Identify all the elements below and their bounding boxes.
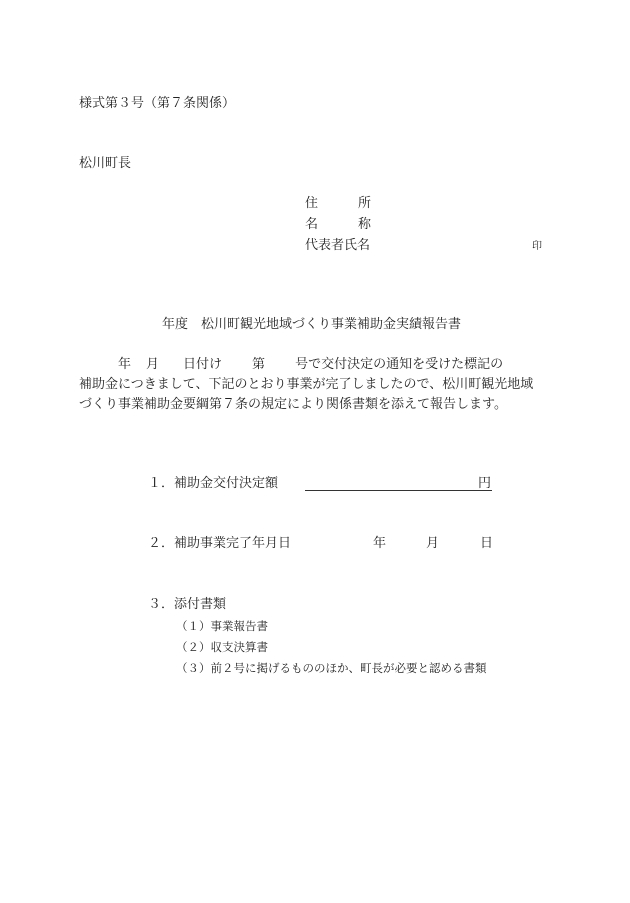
- attachment-item: （１）事業報告書: [176, 618, 268, 634]
- body-line-3: づくり事業補助金要綱第７条の規定により関係書類を添えて報告します。: [79, 395, 551, 415]
- body-line-2: 補助金につきまして、下記のとおり事業が完了しましたので、松川町観光地域: [79, 375, 551, 395]
- representative-label: 代表者氏名: [305, 238, 370, 254]
- completion-month: 月: [426, 536, 439, 552]
- seal-mark: 印: [532, 239, 542, 255]
- attachments-label: ３．添付書類: [148, 597, 226, 613]
- completion-date-label: ２．補助事業完了年月日: [148, 536, 291, 552]
- address-label: 住所: [305, 196, 372, 212]
- completion-year: 年: [373, 536, 386, 552]
- title-year-suffix: 年度: [162, 317, 188, 332]
- applicant-name-row: 名称: [305, 217, 372, 233]
- attachment-item: （３）前２号に掲げるもののほか、町長が必要と認める書類: [176, 660, 487, 676]
- attachment-item: （２）収支決算書: [176, 639, 268, 655]
- grant-amount-field[interactable]: [305, 490, 492, 491]
- completion-day: 日: [480, 536, 493, 552]
- addressee: 松川町長: [79, 156, 131, 172]
- report-body: 年月日付け第号で交付決定の通知を受けた標記の 補助金につきまして、下記のとおり事…: [79, 355, 551, 415]
- yen-unit: 円: [478, 476, 491, 492]
- document-title: 年度松川町観光地域づくり事業補助金実績報告書: [162, 317, 461, 333]
- name-label: 名称: [305, 217, 372, 233]
- applicant-address-row: 住所: [305, 196, 372, 212]
- form-number: 様式第３号（第７条関係）: [79, 96, 235, 112]
- grant-amount-label: １．補助金交付決定額: [148, 476, 278, 492]
- title-text: 松川町観光地域づくり事業補助金実績報告書: [201, 317, 461, 332]
- body-line-1: 年月日付け第号で交付決定の通知を受けた標記の: [79, 355, 551, 375]
